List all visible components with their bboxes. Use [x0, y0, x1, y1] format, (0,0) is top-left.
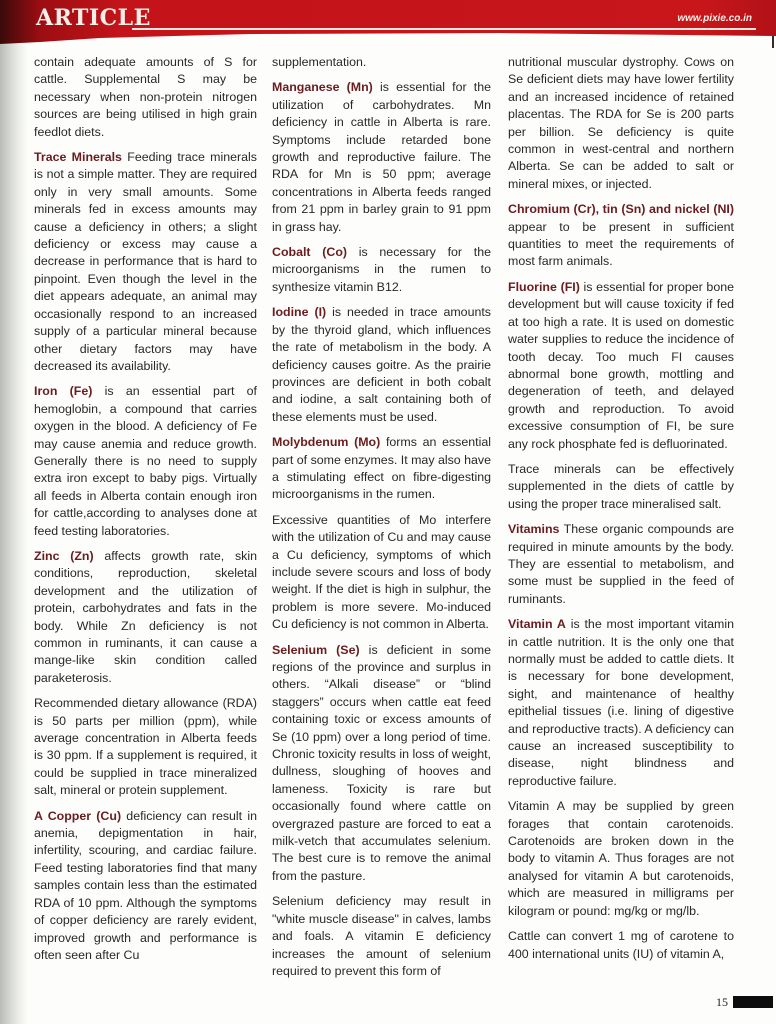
article-paragraph: Iron (Fe) is an essential part of hemogl… [34, 383, 257, 540]
page-number: 15 [716, 995, 728, 1010]
paragraph-heading: Molybdenum (Mo) [272, 435, 380, 449]
article-paragraph: Cattle can convert 1 mg of carotene to 4… [508, 928, 734, 963]
article-paragraph: Chromium (Cr), tin (Sn) and nickel (NI) … [508, 201, 734, 271]
article-paragraph: Fluorine (FI) is essential for proper bo… [508, 279, 734, 453]
paragraph-heading: Fluorine (FI) [508, 280, 580, 294]
paragraph-text: Cattle can convert 1 mg of carotene to 4… [508, 929, 734, 960]
article-paragraph: Vitamins These organic compounds are req… [508, 521, 734, 608]
paragraph-text: deficiency can result in anemia, depigme… [34, 809, 257, 962]
article-paragraph: contain adequate amounts of S for cattle… [34, 54, 257, 141]
paragraph-text: Recommended dietary allowance (RDA) is 5… [34, 696, 257, 797]
page-gutter-shadow [0, 0, 28, 1024]
article-paragraph: Trace Minerals Feeding trace minerals is… [34, 149, 257, 375]
website-url: www.pixie.co.in [677, 13, 752, 24]
paragraph-text: is needed in trace amounts by the thyroi… [272, 305, 491, 423]
article-paragraph: Excessive quantities of Mo interfere wit… [272, 512, 491, 634]
article-paragraph: Selenium (Se) is deficient in some regio… [272, 642, 491, 886]
article-paragraph: Molybdenum (Mo) forms an essential part … [272, 434, 491, 504]
paragraph-text: is an essential part of hemoglobin, a co… [34, 384, 257, 537]
article-paragraph: A Copper (Cu) deficiency can result in a… [34, 808, 257, 965]
page-number-bar [733, 996, 773, 1008]
paragraph-heading: Iron (Fe) [34, 384, 92, 398]
paragraph-heading: Zinc (Zn) [34, 549, 94, 563]
paragraph-heading: Manganese (Mn) [272, 80, 373, 94]
paragraph-text: Selenium deficiency may result in "white… [272, 894, 491, 978]
paragraph-heading: Vitamins [508, 522, 559, 536]
article-paragraph: Recommended dietary allowance (RDA) is 5… [34, 695, 257, 799]
paragraph-text: is essential for proper bone development… [508, 280, 734, 451]
paragraph-heading: Selenium (Se) [272, 643, 360, 657]
paragraph-heading: Iodine (I) [272, 305, 326, 319]
page-edge-mark [772, 36, 774, 48]
column-1: contain adequate amounts of S for cattle… [34, 54, 257, 972]
paragraph-heading: Trace Minerals [34, 150, 122, 164]
paragraph-text: appear to be present in sufficient quant… [508, 220, 734, 269]
paragraph-text: Vitamin A may be supplied by green forag… [508, 799, 734, 917]
header-rule [132, 28, 756, 30]
paragraph-heading: A Copper (Cu) [34, 809, 121, 823]
article-paragraph: Vitamin A may be supplied by green forag… [508, 798, 734, 920]
article-paragraph: Manganese (Mn) is essential for the util… [272, 79, 491, 236]
paragraph-text: Trace minerals can be effectively supple… [508, 462, 734, 511]
paragraph-text: Feeding trace minerals is not a simple m… [34, 150, 257, 373]
paragraph-text: Excessive quantities of Mo interfere wit… [272, 513, 491, 631]
column-2: supplementation.Manganese (Mn) is essent… [272, 54, 491, 988]
article-paragraph: Trace minerals can be effectively supple… [508, 461, 734, 513]
paragraph-heading: Cobalt (Co) [272, 245, 347, 259]
article-paragraph: Cobalt (Co) is necessary for the microor… [272, 244, 491, 296]
article-paragraph: Zinc (Zn) affects growth rate, skin cond… [34, 548, 257, 687]
article-paragraph: Iodine (I) is needed in trace amounts by… [272, 304, 491, 426]
article-paragraph: supplementation. [272, 54, 491, 71]
paragraph-text: nutritional muscular dystrophy. Cows on … [508, 55, 734, 191]
paragraph-text: contain adequate amounts of S for cattle… [34, 55, 257, 139]
paragraph-heading: Vitamin A [508, 617, 566, 631]
paragraph-heading: Chromium (Cr), tin (Sn) and nickel (NI) [508, 202, 734, 216]
paragraph-text: is deficient in some regions of the prov… [272, 643, 491, 883]
column-3: nutritional muscular dystrophy. Cows on … [508, 54, 734, 971]
paragraph-text: affects growth rate, skin conditions, re… [34, 549, 257, 685]
article-paragraph: Vitamin A is the most important vitamin … [508, 616, 734, 790]
paragraph-text: supplementation. [272, 55, 366, 69]
article-paragraph: Selenium deficiency may result in "white… [272, 893, 491, 980]
paragraph-text: is the most important vitamin in cattle … [508, 617, 734, 788]
article-paragraph: nutritional muscular dystrophy. Cows on … [508, 54, 734, 193]
paragraph-text: is essential for the utilization of carb… [272, 80, 491, 233]
